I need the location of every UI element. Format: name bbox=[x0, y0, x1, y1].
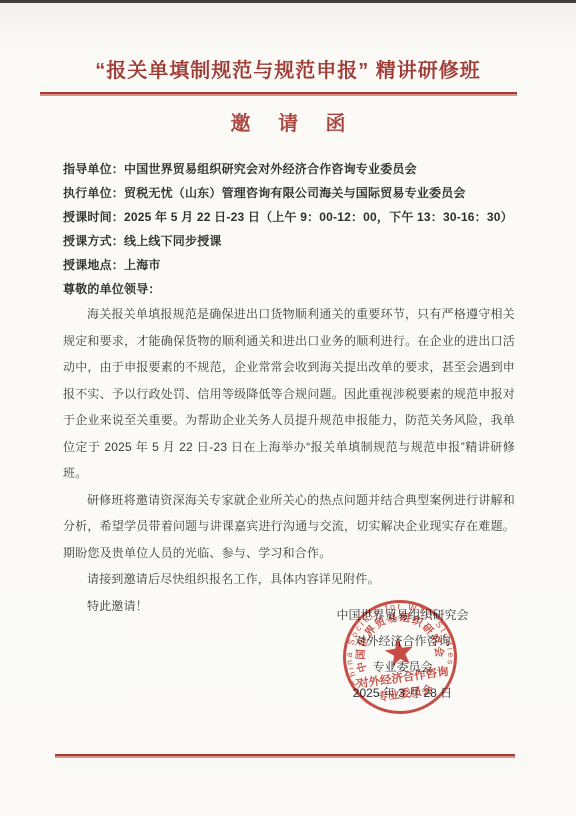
info-line-guiding-unit: 指导单位：中国世界贸易组织研究会对外经济合作咨询专业委员会 bbox=[63, 157, 515, 181]
paragraph-seminar: 研修班将邀请资深海关专家就企业所关心的热点问题并结合典型案例进行讲解和分析，希望… bbox=[63, 487, 515, 567]
letter-heading: 邀 请 函 bbox=[0, 110, 576, 138]
title-divider-line bbox=[40, 92, 517, 96]
page-title: “报关单填制规范与规范申报” 精讲研修班 bbox=[0, 0, 576, 85]
scan-top-edge bbox=[0, 0, 576, 3]
letter-content: 指导单位：中国世界贸易组织研究会对外经济合作咨询专业委员会 执行单位：贸税无忧（… bbox=[63, 157, 515, 619]
paragraph-background: 海关报关单填报规范是确保进出口货物顺利通关的重要环节，只有严格遵守相关规定和要求… bbox=[63, 301, 515, 487]
info-line-course-time: 授课时间：2025 年 5 月 22 日-23 日（上午 9：00-12：00，… bbox=[63, 205, 515, 229]
salutation-line: 尊敬的单位领导： bbox=[63, 277, 515, 301]
seal-line1: 对外经济合作咨询 bbox=[355, 664, 450, 691]
info-line-executing-unit: 执行单位：贸税无忧（山东）管理咨询有限公司海关与国际贸易专业委员会 bbox=[63, 181, 515, 205]
info-line-course-place: 授课地点：上海市 bbox=[63, 253, 515, 277]
invitation-letter-page: “报关单填制规范与规范申报” 精讲研修班 邀 请 函 指导单位：中国世界贸易组织… bbox=[0, 0, 576, 816]
paragraph-registration: 请接到邀请后尽快组织报名工作，具体内容详见附件。 bbox=[63, 566, 515, 593]
footer-divider-line bbox=[55, 754, 515, 758]
info-line-course-mode: 授课方式：线上线下同步授课 bbox=[63, 229, 515, 253]
star-icon bbox=[383, 636, 415, 667]
official-seal-stamp: China Society for WTO Studies 中国世界贸易组织研究… bbox=[340, 597, 460, 717]
